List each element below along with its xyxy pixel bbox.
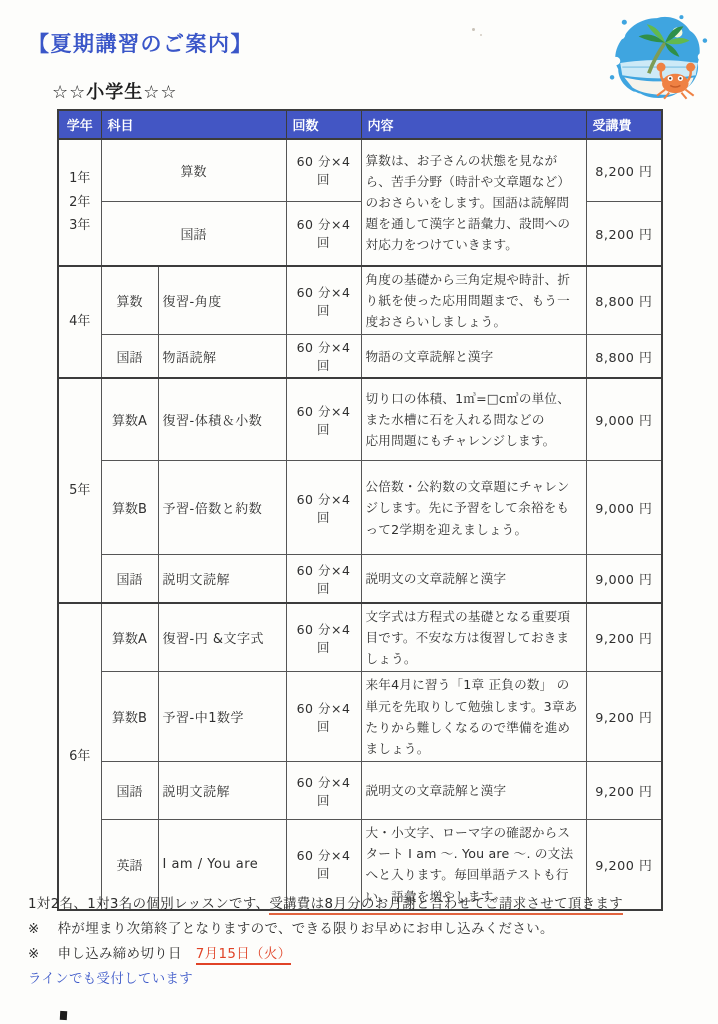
scan-artifact-dot: [472, 28, 475, 31]
sessions-cell: 60 分×4 回: [286, 555, 361, 603]
content-cell: 公倍数・公約数の文章題にチャレンジします。先に予習をして余裕をもって2学期を迎え…: [361, 461, 586, 555]
sessions-cell: 60 分×4 回: [286, 335, 361, 378]
sessions-cell: 60 分×4 回: [286, 461, 361, 555]
reference-mark: ※: [28, 947, 40, 962]
subject-cell: 算数A: [101, 603, 158, 672]
content-cell: 切り口の体積、1㎥=□c㎥の単位、 また水槽に石を入れる問などの 応用問題にもチ…: [361, 378, 586, 461]
table-row: 6年 算数A 復習-円 &文字式 60 分×4 回 文字式は方程式の基礎となる重…: [58, 603, 662, 672]
footer-capacity-note-text: 枠が埋まり次第終了となりますので、できる限りお早めにお申し込みください。: [58, 922, 554, 937]
col-header-content: 内容: [361, 110, 586, 139]
fee-cell: 8,800 円: [586, 335, 662, 378]
footer-deadline-label: 申し込み締め切り日: [58, 947, 182, 962]
sessions-cell: 60 分×4 回: [286, 139, 361, 201]
summer-beach-logo-icon: [608, 14, 710, 108]
subject-cell: 算数: [101, 139, 286, 201]
topic-cell: 復習-角度: [158, 266, 286, 335]
sessions-cell: 60 分×4 回: [286, 378, 361, 461]
grade-block-5: 5年 算数A 復習-体積＆小数 60 分×4 回 切り口の体積、1㎥=□c㎥の単…: [58, 378, 662, 603]
fee-cell: 8,200 円: [586, 201, 662, 266]
table-row: 国語 説明文読解 60 分×4 回 説明文の文章読解と漢字 9,000 円: [58, 555, 662, 603]
subject-cell: 算数: [101, 266, 158, 335]
subject-cell: 算数A: [101, 378, 158, 461]
topic-cell: 予習-倍数と約数: [158, 461, 286, 555]
content-cell: 算数は、お子さんの状態を見ながら、苦手分野（時計や文章題など）のおさらいをします…: [361, 139, 586, 266]
grade-cell: 4年: [58, 266, 101, 378]
topic-cell: 予習-中1数学: [158, 672, 286, 762]
course-table: 学年 科目 回数 内容 受講費 1年 2年 3年 算数 60 分×4 回 算数は…: [57, 109, 663, 911]
subject-cell: 国語: [101, 201, 286, 266]
content-cell: 角度の基礎から三角定規や時計、折り紙を使った応用問題まで、もう一度おさらいしまし…: [361, 266, 586, 335]
footer-deadline-note: ※申し込み締め切り日7月15日（火）: [28, 943, 291, 962]
fee-cell: 9,200 円: [586, 762, 662, 820]
grade-block-4: 4年 算数 復習-角度 60 分×4 回 角度の基礎から三角定規や時計、折り紙を…: [58, 266, 662, 378]
sessions-cell: 60 分×4 回: [286, 603, 361, 672]
footer-lesson-note: 1対2名、1対3名の個別レッスンです、受講費は8月分のお月謝と合わせてご請求させ…: [28, 893, 623, 912]
table-row: 4年 算数 復習-角度 60 分×4 回 角度の基礎から三角定規や時計、折り紙を…: [58, 266, 662, 335]
fee-cell: 9,000 円: [586, 378, 662, 461]
footer-billing-note-underlined: 受講費は8月分のお月謝と合わせてご請求させて頂きます: [269, 897, 623, 915]
subject-cell: 国語: [101, 335, 158, 378]
fee-cell: 9,000 円: [586, 461, 662, 555]
subject-cell: 国語: [101, 555, 158, 603]
col-header-grade: 学年: [58, 110, 101, 139]
topic-cell: 復習-体積＆小数: [158, 378, 286, 461]
footer-capacity-note: ※枠が埋まり次第終了となりますので、できる限りお早めにお申し込みください。: [28, 918, 554, 937]
content-cell: 文字式は方程式の基礎となる重要項目です。不安な方は復習しておきましょう。: [361, 603, 586, 672]
grade-cell: 6年: [58, 603, 101, 910]
col-header-sessions: 回数: [286, 110, 361, 139]
sessions-cell: 60 分×4 回: [286, 672, 361, 762]
sessions-cell: 60 分×4 回: [286, 762, 361, 820]
footer-lesson-note-plain: 1対2名、1対3名の個別レッスンです、: [28, 897, 269, 912]
content-cell: 物語の文章読解と漢字: [361, 335, 586, 378]
fee-cell: 9,200 円: [586, 672, 662, 762]
table-row: 算数B 予習-中1数学 60 分×4 回 来年4月に習う「1章 正負の数」 の単…: [58, 672, 662, 762]
table-row: 5年 算数A 復習-体積＆小数 60 分×4 回 切り口の体積、1㎥=□c㎥の単…: [58, 378, 662, 461]
page-title: 【夏期講習のご案内】: [28, 28, 253, 58]
fee-cell: 9,000 円: [586, 555, 662, 603]
fee-cell: 8,800 円: [586, 266, 662, 335]
table-row: 国語 物語読解 60 分×4 回 物語の文章読解と漢字 8,800 円: [58, 335, 662, 378]
section-heading-elementary: ☆☆小学生☆☆: [52, 78, 178, 104]
topic-cell: 説明文読解: [158, 555, 286, 603]
content-cell: 説明文の文章読解と漢字: [361, 555, 586, 603]
fee-cell: 8,200 円: [586, 139, 662, 201]
sessions-cell: 60 分×4 回: [286, 266, 361, 335]
subject-cell: 算数B: [101, 461, 158, 555]
grade-block-6: 6年 算数A 復習-円 &文字式 60 分×4 回 文字式は方程式の基礎となる重…: [58, 603, 662, 910]
reference-mark: ※: [28, 922, 40, 937]
grade-block-1-2-3: 1年 2年 3年 算数 60 分×4 回 算数は、お子さんの状態を見ながら、苦手…: [58, 139, 662, 266]
table-row: 国語 説明文読解 60 分×4 回 説明文の文章読解と漢字 9,200 円: [58, 762, 662, 820]
col-header-fee: 受講費: [586, 110, 662, 139]
scan-artifact-speck: [60, 1011, 67, 1020]
table-row: 算数B 予習-倍数と約数 60 分×4 回 公倍数・公約数の文章題にチャレンジし…: [58, 461, 662, 555]
scan-artifact-dot: [480, 34, 482, 36]
subject-cell: 国語: [101, 762, 158, 820]
scanned-flyer-page: 【夏期講習のご案内】 ☆☆小学生☆☆: [0, 0, 718, 1024]
topic-cell: 説明文読解: [158, 762, 286, 820]
footer-deadline-date: 7月15日（火）: [196, 947, 292, 965]
content-cell: 説明文の文章読解と漢字: [361, 762, 586, 820]
grade-cell: 1年 2年 3年: [58, 139, 101, 266]
table-header-row: 学年 科目 回数 内容 受講費: [58, 110, 662, 139]
subject-cell: 算数B: [101, 672, 158, 762]
sessions-cell: 60 分×4 回: [286, 201, 361, 266]
content-cell: 来年4月に習う「1章 正負の数」 の単元を先取りして勉強します。3章あたりから難…: [361, 672, 586, 762]
topic-cell: 復習-円 &文字式: [158, 603, 286, 672]
fee-cell: 9,200 円: [586, 603, 662, 672]
topic-cell: 物語読解: [158, 335, 286, 378]
footer-line-app-note: ラインでも受付しています: [28, 968, 193, 987]
grade-cell: 5年: [58, 378, 101, 603]
table-row: 1年 2年 3年 算数 60 分×4 回 算数は、お子さんの状態を見ながら、苦手…: [58, 139, 662, 201]
col-header-subject: 科目: [101, 110, 286, 139]
